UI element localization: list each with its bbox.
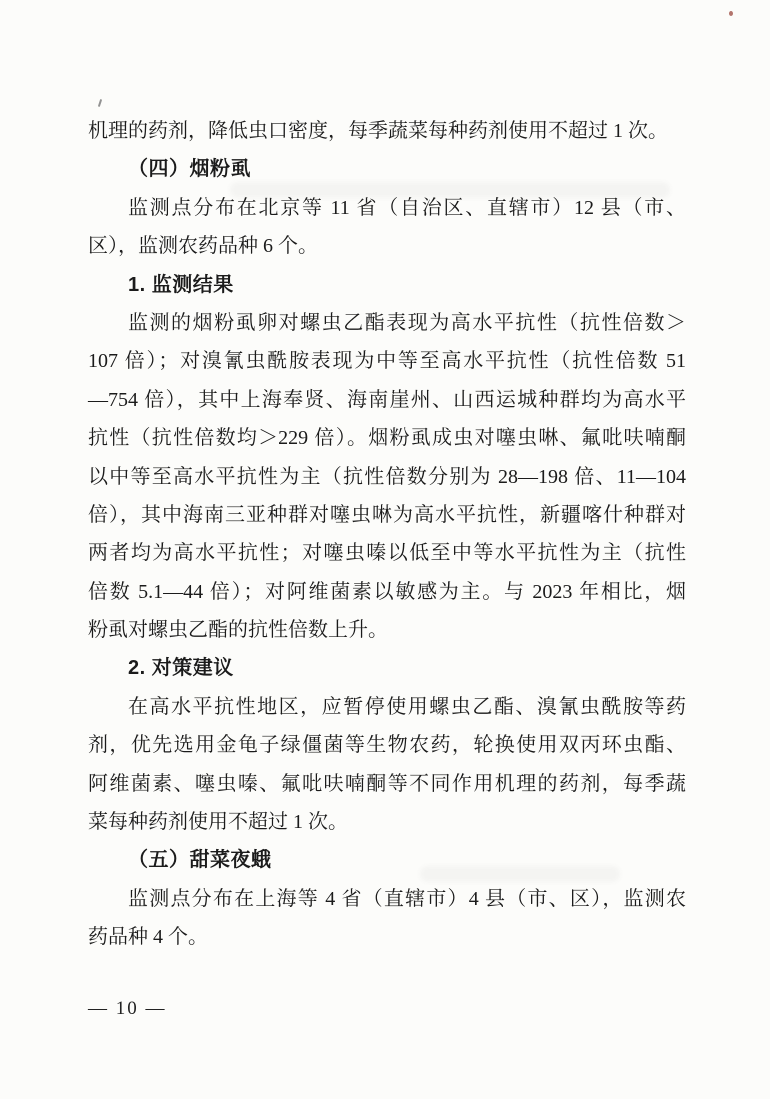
text-line: 监测点分布在上海等 4 省（直辖市）4 县（市、区），监测农 bbox=[88, 880, 686, 918]
text-line: 监测点分布在北京等 11 省（自治区、直辖市）12 县（市、 bbox=[88, 189, 686, 227]
text-line: 阿维菌素、噻虫嗪、氟吡呋喃酮等不同作用机理的药剂，每季蔬 bbox=[88, 765, 686, 803]
text-line: 倍），其中海南三亚种群对噻虫啉为高水平抗性，新疆喀什种群对 bbox=[88, 496, 686, 534]
heading-section-5: （五）甜菜夜蛾 bbox=[88, 841, 686, 879]
text-line: 机理的药剂，降低虫口密度，每季蔬菜每种药剂使用不超过 1 次。 bbox=[88, 112, 686, 150]
text-line: 以中等至高水平抗性为主（抗性倍数分别为 28—198 倍、11—104 bbox=[88, 458, 686, 496]
text-line: 药品种 4 个。 bbox=[88, 918, 686, 956]
text-line: 两者均为高水平抗性；对噻虫嗪以低至中等水平抗性为主（抗性 bbox=[88, 534, 686, 572]
text-line: 在高水平抗性地区，应暂停使用螺虫乙酯、溴氰虫酰胺等药 bbox=[88, 688, 686, 726]
text-line: 粉虱对螺虫乙酯的抗性倍数上升。 bbox=[88, 611, 686, 649]
page-number: — 10 — bbox=[88, 998, 167, 1019]
text-line: 区），监测农药品种 6 个。 bbox=[88, 227, 686, 265]
text-line: 监测的烟粉虱卵对螺虫乙酯表现为高水平抗性（抗性倍数＞ bbox=[88, 304, 686, 342]
page-body: 机理的药剂，降低虫口密度，每季蔬菜每种药剂使用不超过 1 次。 （四）烟粉虱 监… bbox=[88, 112, 686, 957]
text-line: —754 倍），其中上海奉贤、海南崖州、山西运城种群均为高水平 bbox=[88, 381, 686, 419]
heading-subsection-1: 1. 监测结果 bbox=[88, 266, 686, 304]
heading-subsection-2: 2. 对策建议 bbox=[88, 649, 686, 687]
text-line: 107 倍）；对溴氰虫酰胺表现为中等至高水平抗性（抗性倍数 51 bbox=[88, 342, 686, 380]
text-line: 剂，优先选用金龟子绿僵菌等生物农药，轮换使用双丙环虫酯、 bbox=[88, 726, 686, 764]
heading-section-4: （四）烟粉虱 bbox=[88, 150, 686, 188]
document-page: 机理的药剂，降低虫口密度，每季蔬菜每种药剂使用不超过 1 次。 （四）烟粉虱 监… bbox=[0, 0, 770, 1099]
text-line: 菜每种药剂使用不超过 1 次。 bbox=[88, 803, 686, 841]
scan-speck-red bbox=[729, 11, 733, 16]
scan-speck-mark bbox=[98, 99, 102, 107]
text-line: 倍数 5.1—44 倍）；对阿维菌素以敏感为主。与 2023 年相比，烟 bbox=[88, 573, 686, 611]
text-line: 抗性（抗性倍数均＞229 倍）。烟粉虱成虫对噻虫啉、氟吡呋喃酮 bbox=[88, 419, 686, 457]
page-footer: — 10 — bbox=[88, 998, 167, 1020]
